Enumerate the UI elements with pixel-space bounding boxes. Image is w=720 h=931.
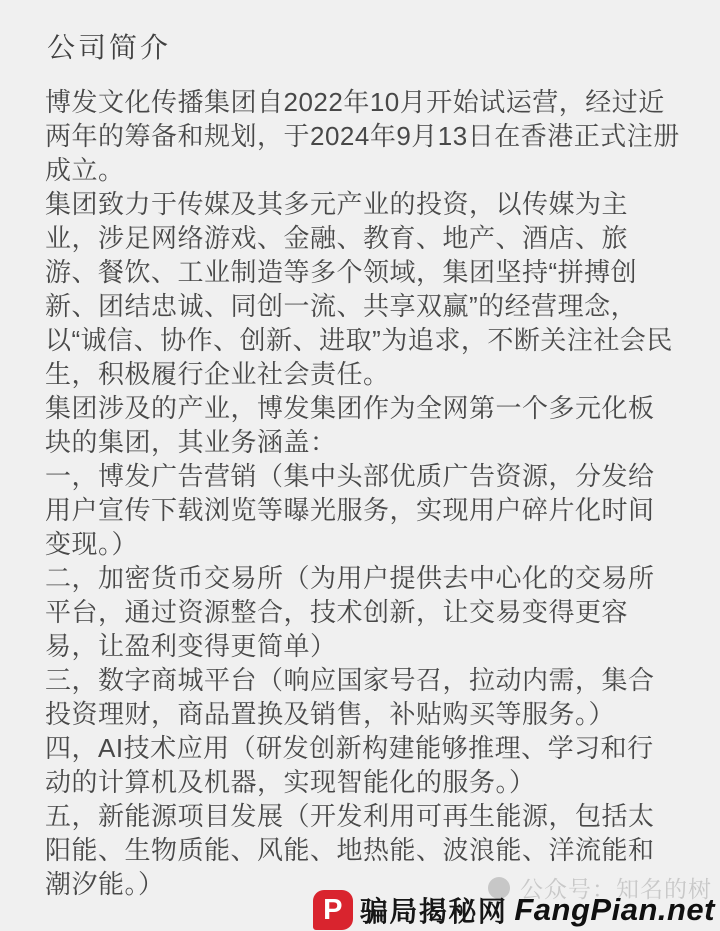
paragraph-item-2-crypto-exchange: 二，加密货币交易所（为用户提供去中心化的交易所平台，通过资源整合，技术创新，让交… xyxy=(45,561,680,663)
page-title: 公司简介 xyxy=(47,33,680,63)
site-brand-watermark: P 骗局揭秘网 FangPian.net xyxy=(313,890,715,930)
paragraph-founding: 博发文化传播集团自2022年10月开始试运营，经过近两年的筹备和规划，于2024… xyxy=(45,85,680,187)
site-domain: FangPian.net xyxy=(514,892,715,928)
paragraph-item-4-ai-technology: 四，AI技术应用（研发创新构建能够推理、学习和行动的计算机及机器，实现智能化的服… xyxy=(45,731,680,799)
paragraph-item-1-advertising: 一，博发广告营销（集中头部优质广告资源，分发给用户宣传下载浏览等曝光服务，实现用… xyxy=(45,459,680,561)
company-intro-page: 公司简介 博发文化传播集团自2022年10月开始试运营，经过近两年的筹备和规划，… xyxy=(0,0,720,931)
site-name: 骗局揭秘网 xyxy=(360,890,508,930)
paragraph-item-3-digital-mall: 三，数字商城平台（响应国家号召，拉动内需，集合投资理财，商品置换及销售，补贴购买… xyxy=(45,663,680,731)
fangpian-logo-letter: P xyxy=(323,896,342,925)
paragraph-business-philosophy: 集团致力于传媒及其多元产业的投资，以传媒为主业，涉足网络游戏、金融、教育、地产、… xyxy=(45,187,680,391)
fangpian-logo-icon: P xyxy=(313,890,353,930)
paragraph-industries-lead: 集团涉及的产业，博发集团作为全网第一个多元化板块的集团，其业务涵盖： xyxy=(45,391,680,459)
